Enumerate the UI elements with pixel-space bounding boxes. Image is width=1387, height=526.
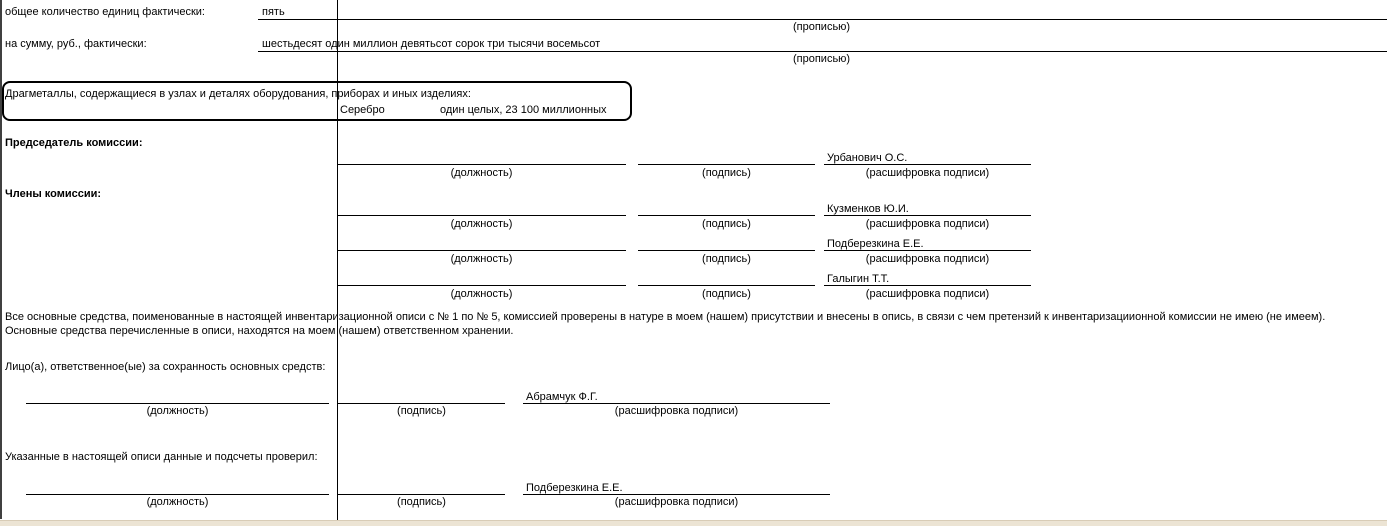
chairman-position-line bbox=[337, 164, 626, 165]
member1-position-line bbox=[337, 215, 626, 216]
member3-position-hint: (должность) bbox=[337, 288, 626, 301]
chairman-decoding-hint: (расшифровка подписи) bbox=[824, 167, 1031, 180]
precious-metal-amount: один целых, 23 100 миллионных bbox=[440, 104, 607, 117]
chairman-position-hint: (должность) bbox=[337, 167, 626, 180]
member1-signature-line bbox=[638, 215, 815, 216]
member1-signature-hint: (подпись) bbox=[638, 218, 815, 231]
verified-name: Подберезкина Е.Е. bbox=[526, 482, 623, 495]
member2-decoding-hint: (расшифровка подписи) bbox=[824, 253, 1031, 266]
chairman-signature-line bbox=[638, 164, 815, 165]
member2-signature-line bbox=[638, 250, 815, 251]
responsible-position-hint: (должность) bbox=[26, 405, 329, 418]
member3-decoding-hint: (расшифровка подписи) bbox=[824, 288, 1031, 301]
horizontal-scrollbar[interactable] bbox=[0, 520, 1387, 526]
responsible-decoding-hint: (расшифровка подписи) bbox=[523, 405, 830, 418]
responsible-position-line bbox=[26, 403, 329, 404]
member2-position-line bbox=[337, 250, 626, 251]
member2-name: Подберезкина Е.Е. bbox=[827, 238, 924, 251]
members-label: Члены комиссии: bbox=[5, 188, 101, 201]
responsible-label: Лицо(а), ответственное(ые) за сохранност… bbox=[5, 361, 325, 374]
member1-position-hint: (должность) bbox=[337, 218, 626, 231]
responsible-signature-line bbox=[338, 403, 505, 404]
responsible-signature-hint: (подпись) bbox=[338, 405, 505, 418]
member1-name: Кузменков Ю.И. bbox=[827, 203, 909, 216]
sum-value: шестьдесят один миллион девятьсот сорок … bbox=[262, 38, 600, 51]
statement-line-1: Все основные средства, поименованные в н… bbox=[5, 311, 1325, 324]
units-label: общее количество единиц фактически: bbox=[5, 6, 205, 19]
sum-hint: (прописью) bbox=[793, 53, 850, 66]
chairman-name: Урбанович О.С. bbox=[827, 152, 907, 165]
verified-decoding-hint: (расшифровка подписи) bbox=[523, 496, 830, 509]
chairman-signature-hint: (подпись) bbox=[638, 167, 815, 180]
member3-signature-hint: (подпись) bbox=[638, 288, 815, 301]
verified-position-line bbox=[26, 494, 329, 495]
units-hint: (прописью) bbox=[793, 21, 850, 34]
member3-position-line bbox=[337, 285, 626, 286]
verified-signature-line bbox=[338, 494, 505, 495]
verified-signature-hint: (подпись) bbox=[338, 496, 505, 509]
member1-decoding-hint: (расшифровка подписи) bbox=[824, 218, 1031, 231]
verified-position-hint: (должность) bbox=[26, 496, 329, 509]
statement-line-2: Основные средства перечисленные в описи,… bbox=[5, 325, 513, 338]
member3-name: Галыгин Т.Т. bbox=[827, 273, 889, 286]
chairman-label: Председатель комиссии: bbox=[5, 137, 142, 150]
member2-position-hint: (должность) bbox=[337, 253, 626, 266]
sheet-left-border bbox=[0, 0, 2, 519]
precious-metals-label: Драгметаллы, содержащиеся в узлах и дета… bbox=[5, 88, 471, 101]
member2-signature-hint: (подпись) bbox=[638, 253, 815, 266]
verified-label: Указанные в настоящей описи данные и под… bbox=[5, 451, 318, 464]
member3-signature-line bbox=[638, 285, 815, 286]
sum-label: на сумму, руб., фактически: bbox=[5, 38, 147, 51]
precious-metal-name: Серебро bbox=[340, 104, 385, 117]
responsible-name: Абрамчук Ф.Г. bbox=[526, 391, 598, 404]
page-break-divider bbox=[337, 0, 338, 522]
sum-underline bbox=[258, 51, 1387, 52]
units-value: пять bbox=[262, 6, 285, 19]
units-underline bbox=[258, 19, 1387, 20]
